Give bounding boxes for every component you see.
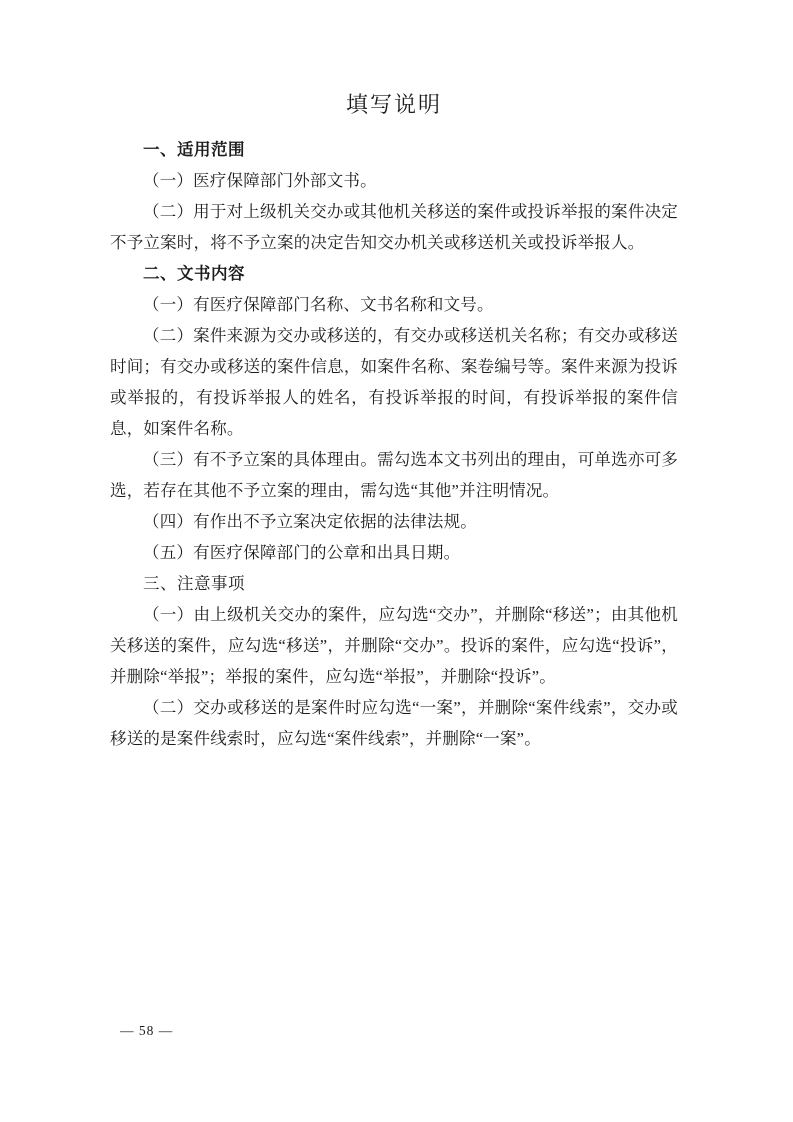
section-applicable-scope: 一、适用范围 （一）医疗保障部门外部文书。 （二）用于对上级机关交办或其他机关移… [110, 134, 678, 258]
paragraph: （四）有作出不予立案决定依据的法律法规。 [110, 506, 678, 537]
paragraph: （二）交办或移送的是案件时应勾选“一案”，并删除“案件线索”，交办或移送的是案件… [110, 692, 678, 754]
paragraph: （五）有医疗保障部门的公章和出具日期。 [110, 537, 678, 568]
section-heading-notes: 三、注意事项 [110, 568, 678, 599]
section-document-content: 二、文书内容 （一）有医疗保障部门名称、文书名称和文号。 （二）案件来源为交办或… [110, 258, 678, 568]
section-heading-applicable-scope: 一、适用范围 [110, 134, 678, 165]
paragraph: （一）由上级机关交办的案件，应勾选“交办”，并删除“移送”；由其他机关移送的案件… [110, 599, 678, 692]
section-heading-document-content: 二、文书内容 [110, 258, 678, 289]
paragraph: （三）有不予立案的具体理由。需勾选本文书列出的理由，可单选亦可多选，若存在其他不… [110, 444, 678, 506]
paragraph: （二）用于对上级机关交办或其他机关移送的案件或投诉举报的案件决定不予立案时，将不… [110, 196, 678, 258]
section-notes: 三、注意事项 （一）由上级机关交办的案件，应勾选“交办”，并删除“移送”；由其他… [110, 568, 678, 754]
document-body: 一、适用范围 （一）医疗保障部门外部文书。 （二）用于对上级机关交办或其他机关移… [110, 134, 678, 754]
page-number: — 58 — [120, 1022, 173, 1040]
document-page: 填写说明 一、适用范围 （一）医疗保障部门外部文书。 （二）用于对上级机关交办或… [0, 0, 793, 1122]
paragraph: （二）案件来源为交办或移送的，有交办或移送机关名称；有交办或移送时间；有交办或移… [110, 320, 678, 444]
page-title: 填写说明 [110, 88, 678, 121]
paragraph: （一）有医疗保障部门名称、文书名称和文号。 [110, 289, 678, 320]
paragraph: （一）医疗保障部门外部文书。 [110, 165, 678, 196]
